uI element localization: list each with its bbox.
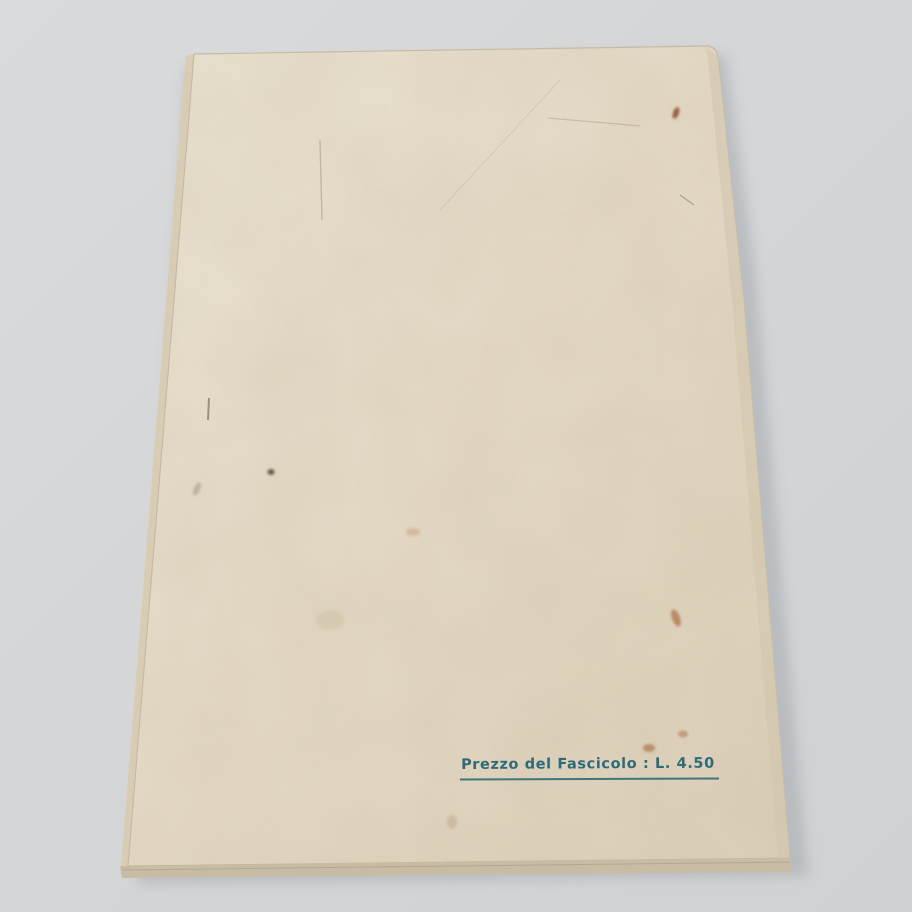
- price-label-text: Prezzo del Fascicolo :: [461, 756, 649, 773]
- price-value: L. 4.50: [655, 756, 715, 772]
- price-label: Prezzo del Fascicolo : L. 4.50: [461, 756, 715, 773]
- booklet-back-cover: [0, 0, 912, 912]
